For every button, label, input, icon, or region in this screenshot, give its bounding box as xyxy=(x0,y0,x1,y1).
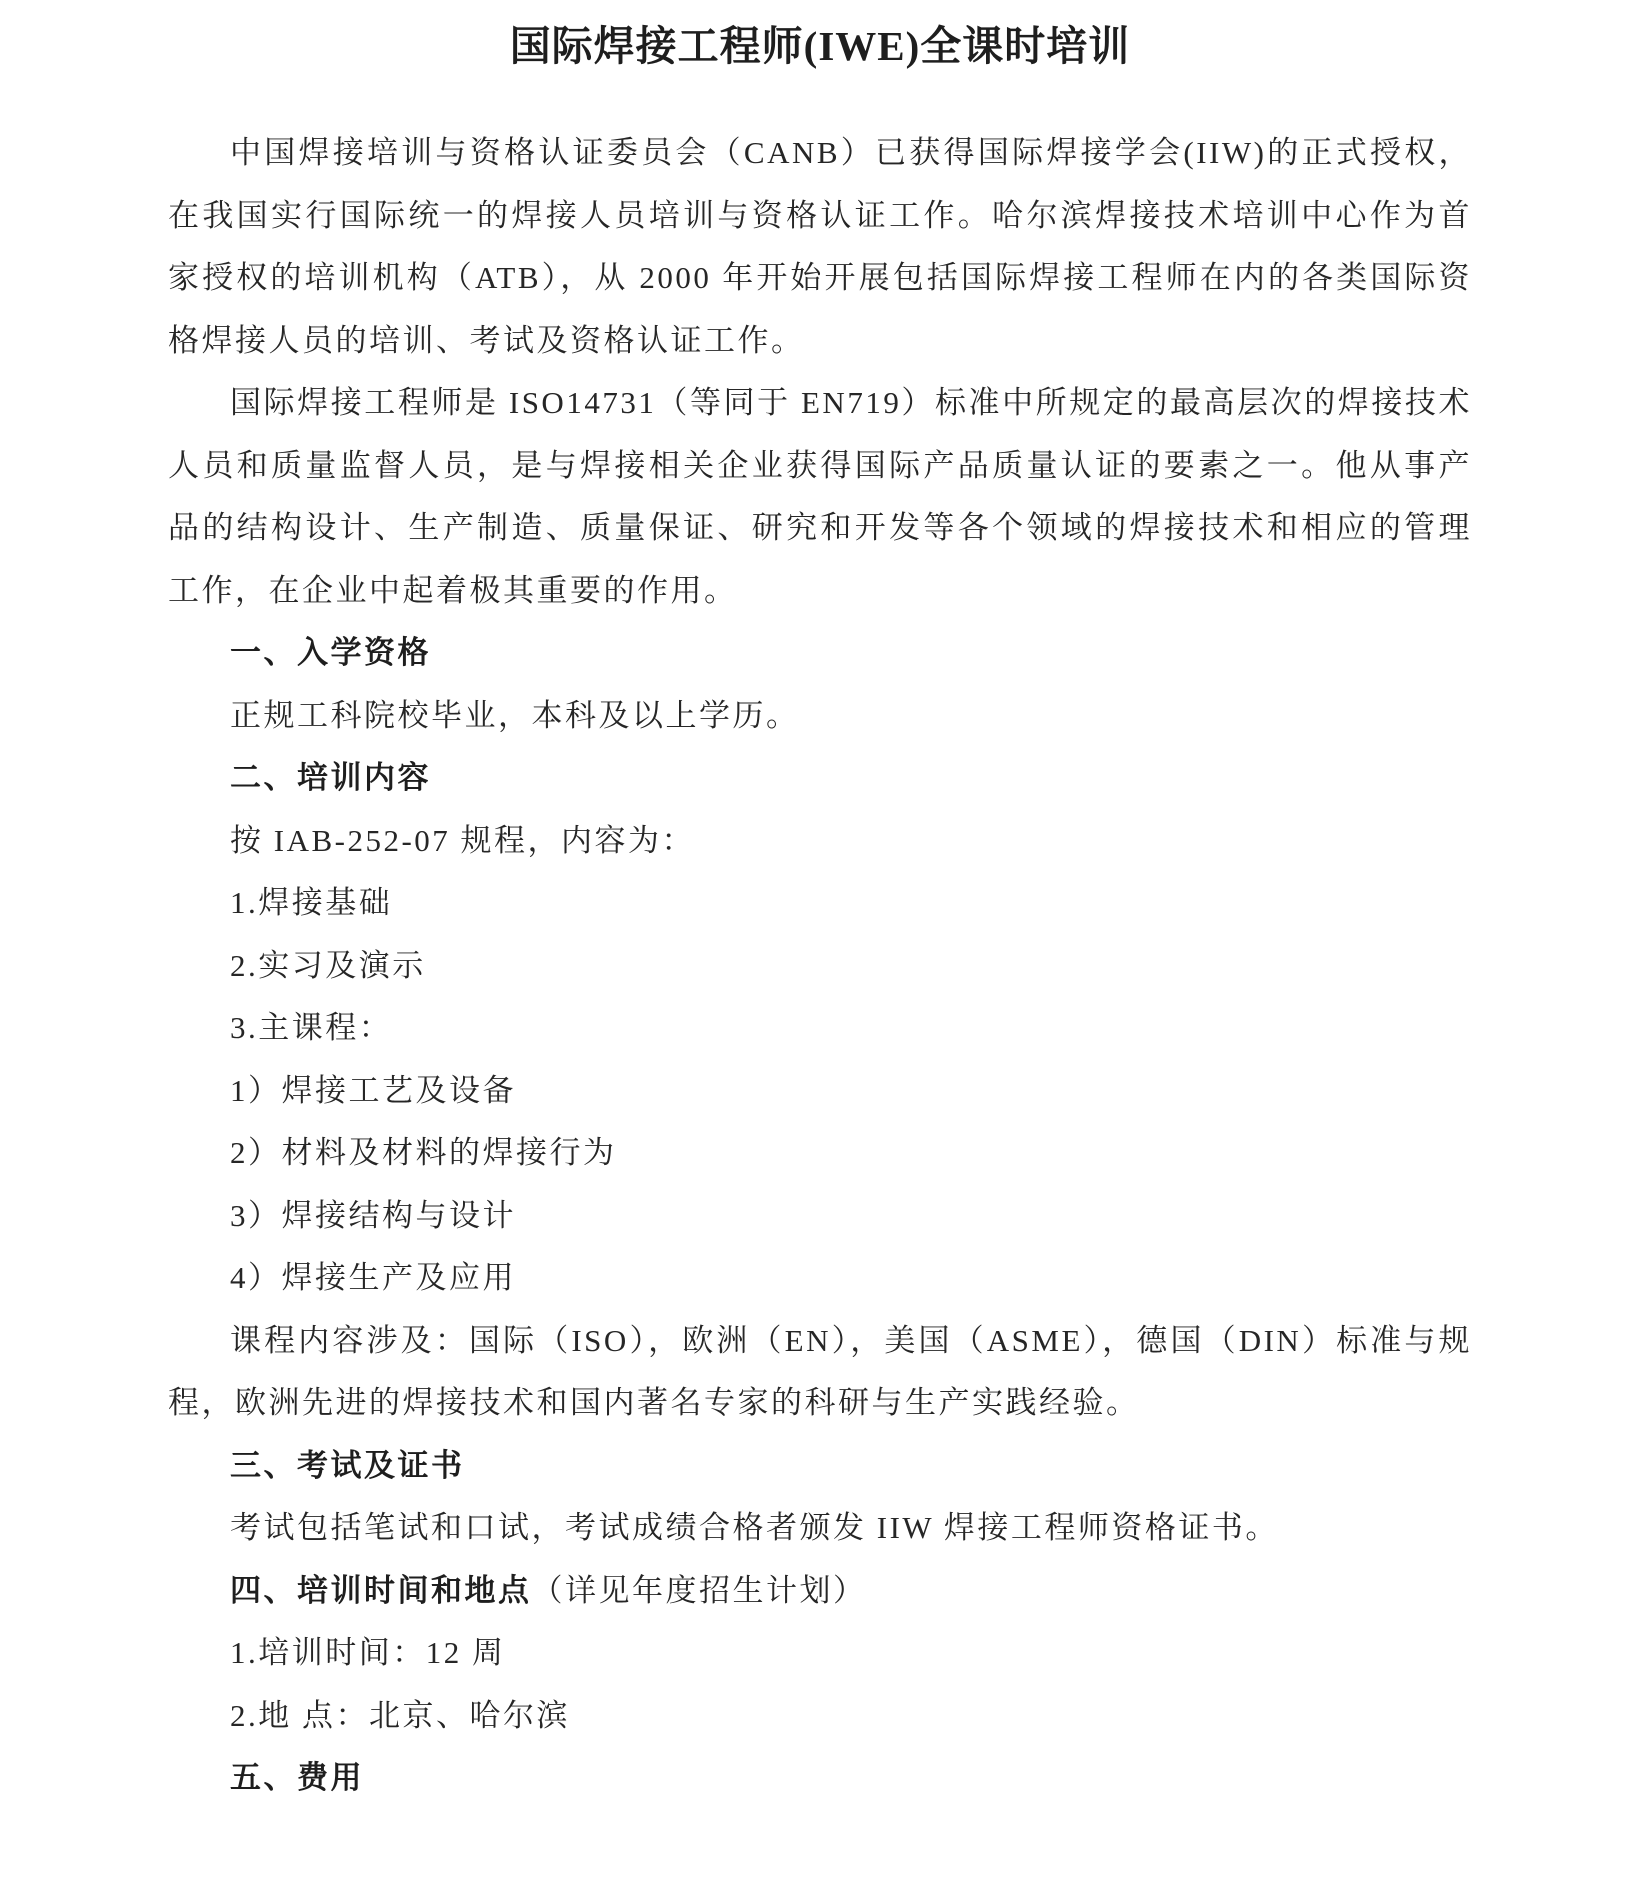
section-2-list-item-2: 2.实习及演示 xyxy=(168,935,1472,998)
intro-paragraph-2: 国际焊接工程师是 ISO14731（等同于 EN719）标准中所规定的最高层次的… xyxy=(168,372,1472,622)
section-2-sublist-item-4: 4）焊接生产及应用 xyxy=(168,1247,1472,1310)
section-4-heading: 四、培训时间和地点（详见年度招生计划） xyxy=(168,1560,1472,1623)
section-2-sublist-item-1: 1）焊接工艺及设备 xyxy=(168,1060,1472,1123)
section-2-sublist-item-3: 3）焊接结构与设计 xyxy=(168,1185,1472,1248)
section-2-closing-paragraph: 课程内容涉及：国际（ISO），欧洲（EN），美国（ASME），德国（DIN）标准… xyxy=(168,1310,1472,1435)
section-2-list-item-3: 3.主课程： xyxy=(168,997,1472,1060)
section-1-heading: 一、入学资格 xyxy=(168,622,1472,685)
section-2-list-item-1: 1.焊接基础 xyxy=(168,872,1472,935)
document-page: 国际焊接工程师(IWE)全课时培训 中国焊接培训与资格认证委员会（CANB）已获… xyxy=(0,0,1640,1888)
section-3-line-1: 考试包括笔试和口试，考试成绩合格者颁发 IIW 焊接工程师资格证书。 xyxy=(168,1497,1472,1560)
section-4-heading-text: 四、培训时间和地点 xyxy=(230,1573,532,1608)
section-4-heading-note: （详见年度招生计划） xyxy=(532,1573,867,1608)
section-3-heading: 三、考试及证书 xyxy=(168,1435,1472,1498)
section-2-sublist-item-2: 2）材料及材料的焊接行为 xyxy=(168,1122,1472,1185)
section-4-line-2: 2.地 点：北京、哈尔滨 xyxy=(168,1685,1472,1748)
section-5-heading: 五、费用 xyxy=(168,1747,1472,1810)
intro-paragraph-1: 中国焊接培训与资格认证委员会（CANB）已获得国际焊接学会(IIW)的正式授权，… xyxy=(168,122,1472,372)
section-4-line-1: 1.培训时间：12 周 xyxy=(168,1622,1472,1685)
section-1-line-1: 正规工科院校毕业，本科及以上学历。 xyxy=(168,685,1472,748)
document-title: 国际焊接工程师(IWE)全课时培训 xyxy=(168,14,1472,78)
section-2-line-1: 按 IAB-252-07 规程，内容为： xyxy=(168,810,1472,873)
section-2-heading: 二、培训内容 xyxy=(168,747,1472,810)
